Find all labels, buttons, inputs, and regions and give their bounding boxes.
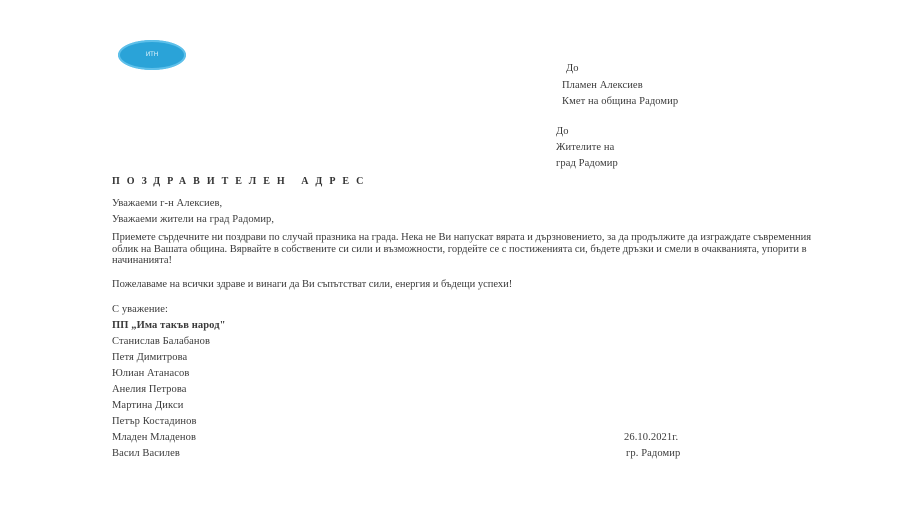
signatory: Станислав Балабанов bbox=[112, 336, 210, 347]
signatory: Васил Василев bbox=[112, 448, 180, 459]
recipient2-line1: Жителите на bbox=[556, 142, 614, 153]
signatory: Петър Костадинов bbox=[112, 416, 197, 427]
signatory: Юлиан Атанасов bbox=[112, 368, 189, 379]
recipient1-to: До bbox=[566, 63, 579, 74]
document-date: 26.10.2021г. bbox=[624, 432, 678, 443]
recipient2-line2: град Радомир bbox=[556, 158, 618, 169]
greeting-mayor: Уважаеми г-н Алексиев, bbox=[112, 198, 222, 209]
recipient1-name: Пламен Алексиев bbox=[562, 80, 643, 91]
closing: С уважение: bbox=[112, 304, 168, 315]
body-paragraph-2: Пожелаваме на всички здраве и винаги да … bbox=[112, 279, 712, 291]
recipient2-to: До bbox=[556, 126, 569, 137]
body-paragraph-1: Приемете сърдечните ни поздрави по случа… bbox=[112, 232, 824, 267]
party-name: ПП „Има такъв народ" bbox=[112, 320, 226, 331]
document-place: гр. Радомир bbox=[626, 448, 680, 459]
greeting-citizens: Уважаеми жители на град Радомир, bbox=[112, 214, 274, 225]
signatory: Младен Младенов bbox=[112, 432, 196, 443]
document-heading: ПОЗДРАВИТЕЛЕН АДРЕС bbox=[112, 176, 370, 187]
recipient1-title: Кмет на община Радомир bbox=[562, 96, 678, 107]
signatory: Анелия Петрова bbox=[112, 384, 187, 395]
signatory: Мартина Дикси bbox=[112, 400, 183, 411]
party-logo-icon: ИТН bbox=[118, 40, 186, 70]
signatory: Петя Димитрова bbox=[112, 352, 187, 363]
